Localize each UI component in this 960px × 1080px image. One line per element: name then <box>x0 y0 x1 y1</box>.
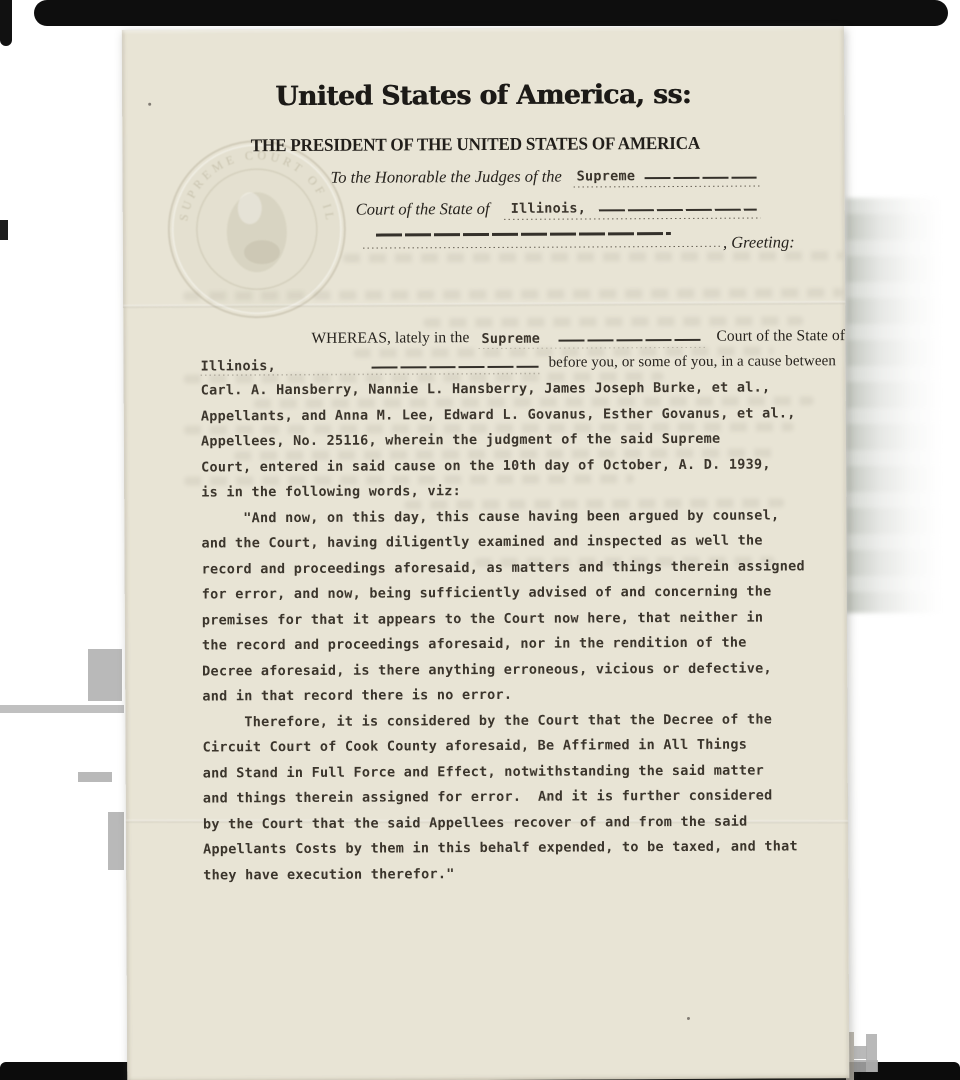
typed-line: and Stand in Full Force and Effect, notw… <box>203 758 823 787</box>
paper-edge-shadow <box>846 198 958 613</box>
typed-dash-rule <box>645 177 757 180</box>
scan-artifact-block <box>88 649 122 701</box>
typed-line: for error, and now, being sufficiently a… <box>202 579 822 608</box>
typed-line: the record and proceedings aforesaid, no… <box>202 630 822 659</box>
paper-sheet: SUPREME COURT OF ILLINOIS United States … <box>122 26 849 1080</box>
typed-line: Decree aforesaid, is there anything erro… <box>202 656 822 685</box>
whereas-typed-fill: Illinois, <box>201 358 276 374</box>
scan-artifact-block <box>854 1060 878 1072</box>
printed-dotted-rule <box>201 372 541 376</box>
bleedthrough-smudge <box>343 251 843 263</box>
president-line: THE PRESIDENT OF THE UNITED STATES OF AM… <box>132 132 818 157</box>
typed-line: is in the following words, viz: <box>201 477 821 506</box>
typed-line: Carl. A. Hansberry, Nannie L. Hansberry,… <box>201 375 821 404</box>
typed-line: Therefore, it is considered by the Court… <box>202 707 822 736</box>
printed-dotted-rule <box>574 185 761 188</box>
salutation-line1-typed-fill: Supreme <box>577 168 636 184</box>
page-background: SUPREME COURT OF ILLINOIS United States … <box>0 0 960 1080</box>
typed-line: they have execution therefor." <box>203 860 823 889</box>
scan-matte-left-mark <box>0 220 8 240</box>
scan-matte-top-bar <box>34 0 948 26</box>
typed-dash-rule <box>599 209 757 212</box>
paper-speck <box>687 1017 690 1020</box>
scan-artifact-block <box>108 812 124 870</box>
embossed-seal-graphic: SUPREME COURT OF ILLINOIS <box>163 136 350 323</box>
typed-dash-rule <box>376 232 671 237</box>
whereas-row: Illinois, before you, or some of you, in… <box>200 350 820 379</box>
whereas-printed: before you, or some of you, in a cause b… <box>549 353 837 372</box>
typed-line: Court, entered in said cause on the 10th… <box>201 452 821 481</box>
whereas-printed-b: Court of the State of <box>716 327 845 346</box>
typed-line: record and proceedings aforesaid, as mat… <box>202 554 822 583</box>
typed-line: Appellants, and Anna M. Lee, Edward L. G… <box>201 401 821 430</box>
scan-matte-corner <box>0 0 12 46</box>
scan-artifact-line <box>0 705 124 713</box>
body-paragraph-2: "And now, on this day, this cause having… <box>201 503 822 710</box>
typed-line: Appellants Costs by them in this behalf … <box>203 834 823 863</box>
typed-line: and in that record there is no error. <box>202 681 822 710</box>
greeting-label: , Greeting: <box>723 232 795 252</box>
typed-dash-rule <box>558 339 703 342</box>
typed-line: Appellees, No. 25116, wherein the judgme… <box>201 426 821 455</box>
body-paragraph-3: Therefore, it is considered by the Court… <box>202 707 823 889</box>
whereas-typed-fill: Supreme <box>481 331 540 347</box>
typed-line: "And now, on this day, this cause having… <box>201 503 821 532</box>
embossed-seal: SUPREME COURT OF ILLINOIS <box>163 136 350 323</box>
typed-dash-rule <box>372 365 539 368</box>
body-paragraph-1: Carl. A. Hansberry, Nannie L. Hansberry,… <box>201 375 822 506</box>
salutation-line2-typed-fill: Illinois, <box>511 200 586 216</box>
typed-line: by the Court that the said Appellees rec… <box>203 809 823 838</box>
salutation-line2-label: Court of the State of <box>356 199 490 220</box>
typed-line: and the Court, having diligently examine… <box>201 528 821 557</box>
printed-dotted-rule <box>363 245 723 249</box>
whereas-row: WHEREAS, lately in the Supreme Court of … <box>200 324 820 353</box>
document-title: United States of America, ss: <box>122 78 844 113</box>
typed-line: premises for that it appears to the Cour… <box>202 605 822 634</box>
typed-line: and things therein assigned for error. A… <box>203 783 823 812</box>
typed-line: Circuit Court of Cook County aforesaid, … <box>202 732 822 761</box>
printed-dotted-rule <box>504 217 761 220</box>
whereas-printed-a: WHEREAS, lately in the <box>311 329 469 348</box>
scan-artifact-block <box>78 772 112 782</box>
salutation-line1-label: To the Honorable the Judges of the <box>331 167 562 188</box>
printed-dotted-rule <box>478 346 706 349</box>
